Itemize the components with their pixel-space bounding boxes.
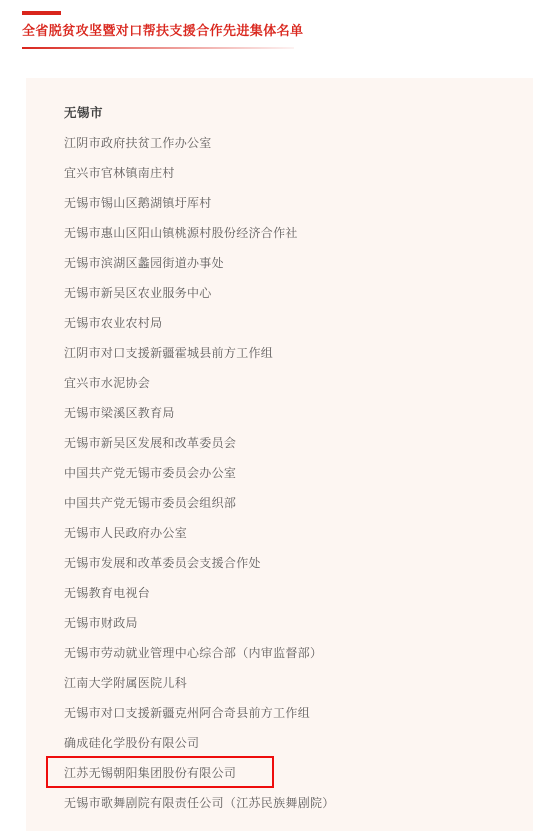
list-item: 无锡市锡山区鹅湖镇圩厍村 [64,187,533,217]
list-item: 无锡市劳动就业管理中心综合部（内审监督部） [64,637,533,667]
org-list: 江阴市政府扶贫工作办公室宜兴市官林镇南庄村无锡市锡山区鹅湖镇圩厍村无锡市惠山区阳… [64,127,533,817]
list-item: 宜兴市官林镇南庄村 [64,157,533,187]
page-title: 全省脱贫攻坚暨对口帮扶支援合作先进集体名单 [22,22,303,40]
award-list-panel: 无锡市 江阴市政府扶贫工作办公室宜兴市官林镇南庄村无锡市锡山区鹅湖镇圩厍村无锡市… [26,78,533,831]
list-item: 无锡市新吴区农业服务中心 [64,277,533,307]
list-item: 无锡市梁溪区教育局 [64,397,533,427]
list-item: 无锡市新吴区发展和改革委员会 [64,427,533,457]
city-heading: 无锡市 [64,97,533,127]
list-item: 确成硅化学股份有限公司 [64,727,533,757]
title-underline [22,47,294,49]
list-item: 江苏无锡朝阳集团股份有限公司 [64,757,533,787]
list-item: 无锡市人民政府办公室 [64,517,533,547]
list-item: 中国共产党无锡市委员会办公室 [64,457,533,487]
accent-bar [22,11,61,15]
list-item: 无锡市滨湖区蠡园街道办事处 [64,247,533,277]
list-item: 江阴市对口支援新疆霍城县前方工作组 [64,337,533,367]
page: 全省脱贫攻坚暨对口帮扶支援合作先进集体名单 无锡市 江阴市政府扶贫工作办公室宜兴… [0,0,558,831]
list-item: 无锡市歌舞剧院有限责任公司（江苏民族舞剧院） [64,787,533,817]
list-item: 宜兴市水泥协会 [64,367,533,397]
list-item: 无锡市财政局 [64,607,533,637]
list-item: 无锡市惠山区阳山镇桃源村股份经济合作社 [64,217,533,247]
list-item: 无锡市发展和改革委员会支援合作处 [64,547,533,577]
list-item: 中国共产党无锡市委员会组织部 [64,487,533,517]
list-item: 江南大学附属医院儿科 [64,667,533,697]
list-item: 无锡市农业农村局 [64,307,533,337]
list-item: 无锡市对口支援新疆克州阿合奇县前方工作组 [64,697,533,727]
highlight-box: 江苏无锡朝阳集团股份有限公司 [46,756,274,788]
list-item: 江阴市政府扶贫工作办公室 [64,127,533,157]
article-header: 全省脱贫攻坚暨对口帮扶支援合作先进集体名单 [22,11,303,49]
list-item: 无锡教育电视台 [64,577,533,607]
